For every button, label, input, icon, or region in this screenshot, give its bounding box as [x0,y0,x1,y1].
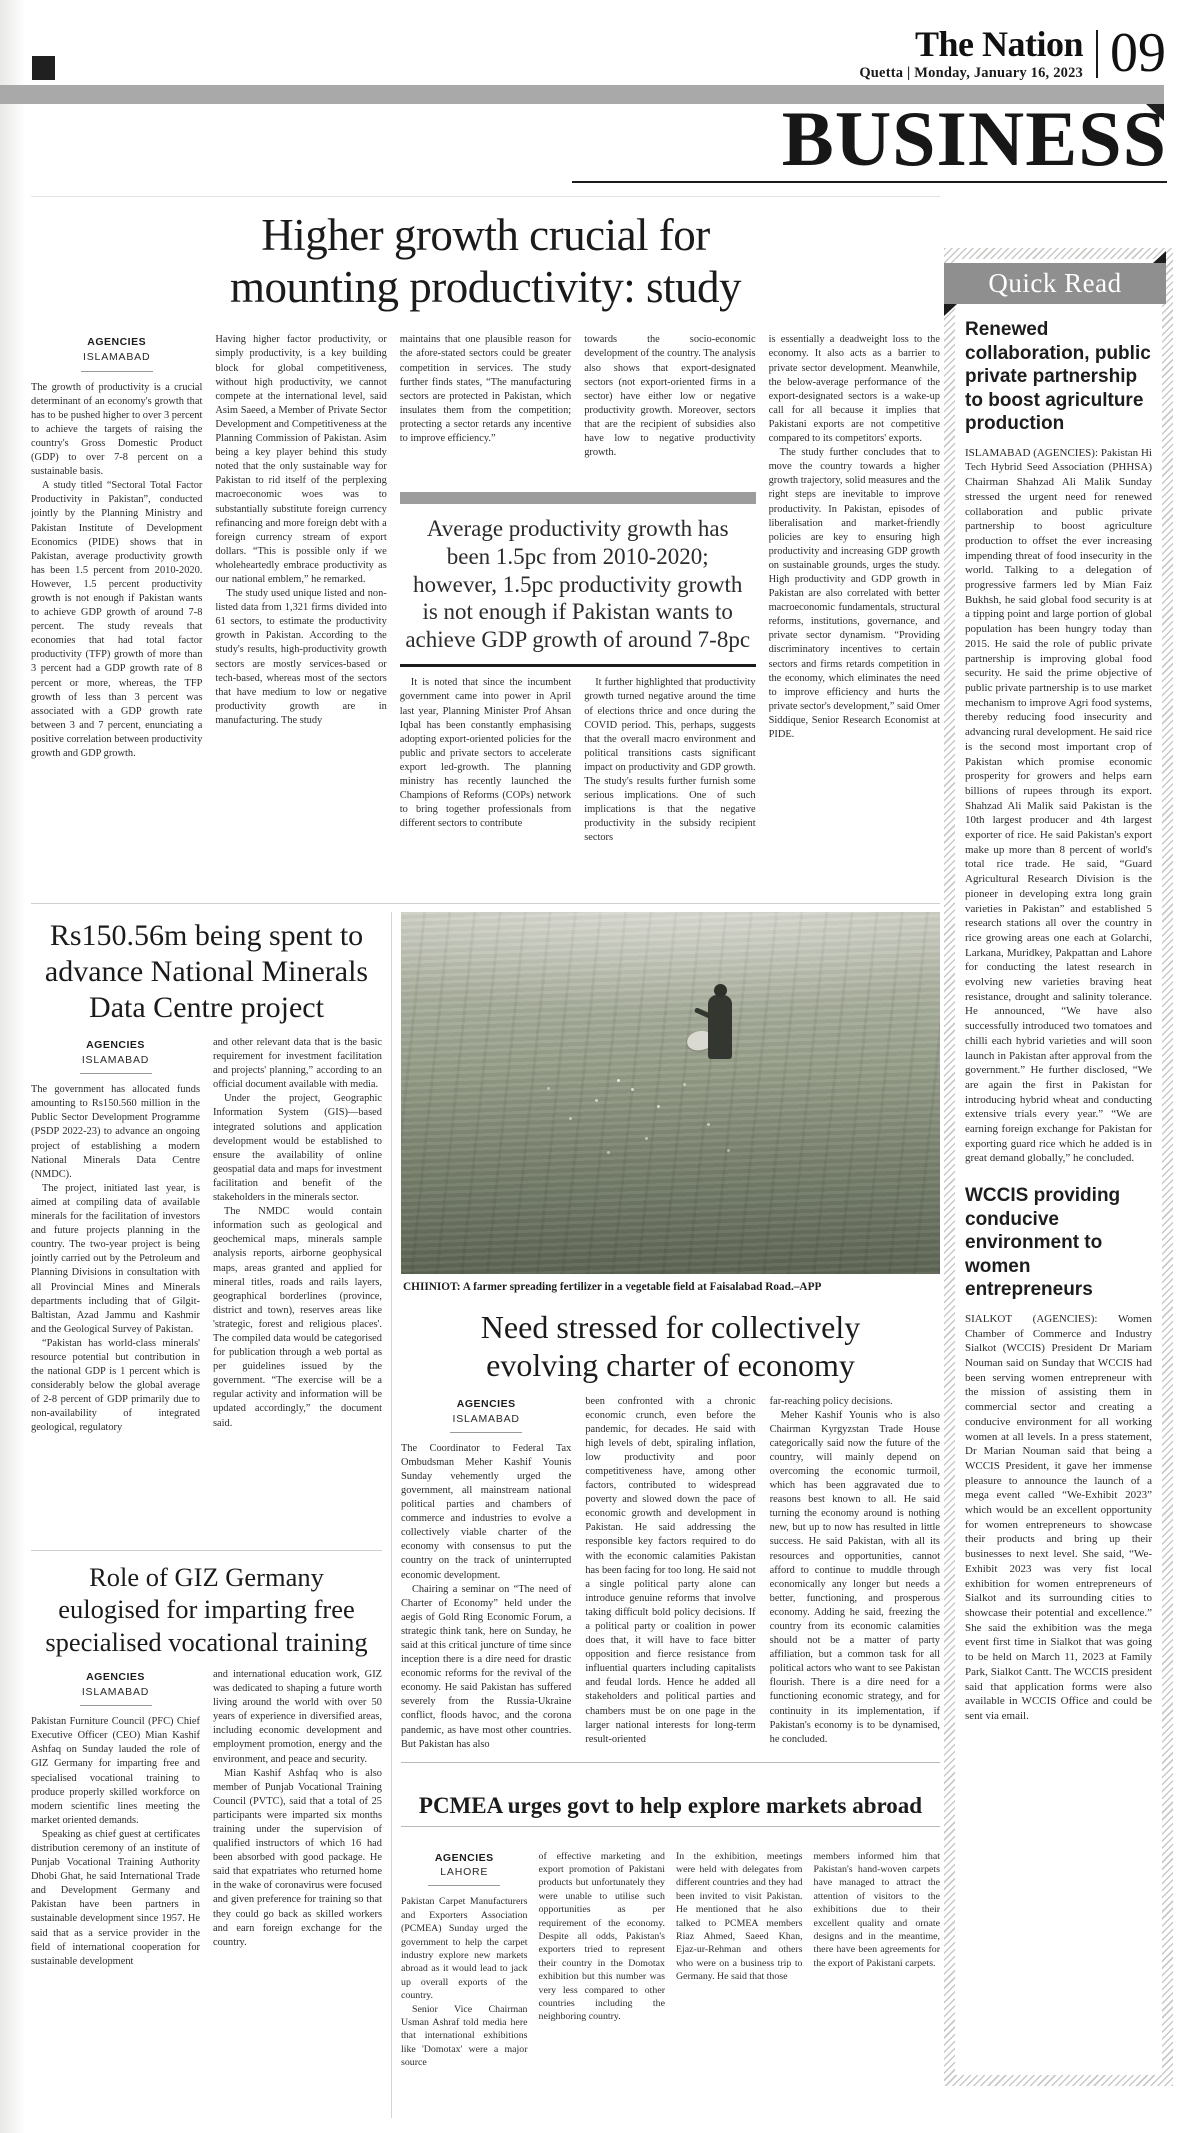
giz-headline: Role of GIZ Germany eulogised for impart… [31,1561,382,1658]
headline-line-2: eulogised for imparting free [58,1594,355,1624]
pull-quote-bar [400,492,756,504]
paragraph: is essentially a deadweight loss to the … [769,333,940,446]
byline: AGENCIES ISLAMABAD [401,1397,571,1433]
giz-article: Role of GIZ Germany eulogised for impart… [31,1561,382,2118]
paragraph: It further highlighted that productivity… [584,676,755,845]
paragraph: Pakistan Carpet Manufacturers and Export… [401,1895,528,2002]
sidebar-inner: Quick Read Renewed collaboration, public… [955,259,1162,2075]
paragraph: Meher Kashif Younis who is also Chairman… [770,1409,940,1747]
byline-rule [81,371,153,372]
headline-line-1: Need stressed for collectively [481,1309,860,1345]
pcmea-article: PCMEA urges govt to help explore markets… [401,1762,940,2112]
charter-col-1: AGENCIES ISLAMABAD The Coordinator to Fe… [401,1395,571,1750]
charter-body: AGENCIES ISLAMABAD The Coordinator to Fe… [401,1395,940,1750]
minerals-headline: Rs150.56m being spent to advance Nationa… [31,918,382,1026]
paragraph: Pakistan Furniture Council (PFC) Chief E… [31,1715,200,1828]
main-col-3-top: maintains that one plausible reason for … [400,333,571,485]
field-photo [401,912,940,1274]
byline-city: ISLAMABAD [31,1685,200,1699]
byline-agency: AGENCIES [401,1852,528,1865]
paragraph: Under the project, Geographic Informatio… [213,1092,382,1205]
pcmea-col-3: In the exhibition, meetings were held wi… [676,1850,803,2112]
main-col-3-bottom: It is noted that since the incumbent gov… [400,676,571,857]
sidebar-story2-headline: WCCIS providing conducive environment to… [965,1184,1152,1302]
pull-quote-text: Average productivity growth has been 1.5… [400,515,756,667]
paragraph: The government has allocated funds amoun… [31,1083,200,1182]
paragraph: maintains that one plausible reason for … [400,333,571,446]
edition-date: Quetta | Monday, January 16, 2023 [859,65,1083,82]
mid-row-bottom: It is noted that since the incumbent gov… [400,676,756,857]
byline: AGENCIES ISLAMABAD [31,1670,200,1706]
minerals-col-1: AGENCIES ISLAMABAD The government has al… [31,1036,200,1536]
main-article: Higher growth crucial for mounting produ… [31,196,940,857]
headline-line-1: Higher growth crucial for [261,210,710,260]
paragraph: “Pakistan has world-class minerals' reso… [31,1337,200,1436]
paragraph: A study titled “Sectoral Total Factor Pr… [31,479,202,761]
headline-line-2: advance National Minerals [45,955,368,988]
paragraph: The study further concludes that to move… [769,446,940,742]
paragraph: Chairing a seminar on “The need of Chart… [401,1583,571,1750]
paragraph: members informed him that Pakistan's han… [814,1850,941,1971]
paragraph: been confronted with a chronic economic … [585,1395,755,1747]
sidebar-hatched-border: Quick Read Renewed collaboration, public… [944,248,1173,2086]
byline: AGENCIES LAHORE [401,1852,528,1887]
paragraph: It is noted that since the incumbent gov… [400,676,571,831]
giz-col-2: and international education work, GIZ wa… [213,1668,382,2118]
paragraph: far-reaching policy decisions. [770,1395,940,1409]
headline-line-3: Data Centre project [89,991,324,1024]
byline-rule [428,1885,500,1886]
giz-col-1: AGENCIES ISLAMABAD Pakistan Furniture Co… [31,1668,200,2118]
pcmea-body: AGENCIES LAHORE Pakistan Carpet Manufact… [401,1850,940,2112]
page-number: 09 [1098,27,1166,80]
fertilizer-speckles [617,1079,620,1082]
lower-right-column: CHIINIOT: A farmer spreading fertilizer … [392,912,940,2118]
farmer-figure [708,995,732,1059]
byline-city: ISLAMABAD [401,1412,571,1426]
page-edge-shadow [0,0,26,2133]
pcmea-col-4: members informed him that Pakistan's han… [814,1850,941,2112]
main-col-4-top: towards the socio-economic development o… [584,333,755,485]
masthead-logo-square [32,56,55,80]
byline-agency: AGENCIES [31,335,202,349]
minerals-article: Rs150.56m being spent to advance Nationa… [31,918,382,1536]
giz-body: AGENCIES ISLAMABAD Pakistan Furniture Co… [31,1668,382,2118]
byline-rule [450,1432,522,1433]
charter-headline: Need stressed for collectively evolving … [401,1309,940,1385]
main-article-body: AGENCIES ISLAMABAD The growth of product… [31,333,940,857]
minerals-col-2: and other relevant data that is the basi… [213,1036,382,1536]
charter-col-3: far-reaching policy decisions. Meher Kas… [770,1395,940,1750]
pcmea-col-2: of effective marketing and export promot… [539,1850,666,2112]
headline-line-3: specialised vocational training [45,1627,367,1657]
charter-article: Need stressed for collectively evolving … [401,1309,940,1750]
headline-line-2: evolving charter of economy [486,1347,855,1383]
byline-city: LAHORE [401,1866,528,1879]
minerals-body: AGENCIES ISLAMABAD The government has al… [31,1036,382,1536]
main-col-middle: maintains that one plausible reason for … [400,333,756,857]
headline-line-1: Role of GIZ Germany [89,1562,324,1592]
paragraph: and international education work, GIZ wa… [213,1668,382,1767]
paragraph: The growth of productivity is a crucial … [31,381,202,480]
masthead-text: The Nation Quetta | Monday, January 16, … [859,26,1096,82]
byline-rule [80,1073,152,1074]
paragraph: The study used unique listed and non-lis… [215,587,386,728]
byline-city: ISLAMABAD [31,1053,200,1067]
headline-line-1: Rs150.56m being spent to [50,919,363,952]
charter-col-2: been confronted with a chronic economic … [585,1395,755,1750]
section-title: BUSINESS [572,98,1167,183]
main-col-5: is essentially a deadweight loss to the … [769,333,940,857]
headline-line-2: mounting productivity: study [230,262,741,312]
quick-read-sidebar: Quick Read Renewed collaboration, public… [944,248,1173,2086]
main-col-1: AGENCIES ISLAMABAD The growth of product… [31,333,202,857]
main-article-headline: Higher growth crucial for mounting produ… [31,209,940,313]
paragraph: of effective marketing and export promot… [539,1850,666,2024]
paragraph: towards the socio-economic development o… [584,333,755,460]
paragraph: and other relevant data that is the basi… [213,1036,382,1092]
byline-agency: AGENCIES [31,1038,200,1052]
sidebar-story1-headline: Renewed collaboration, public private pa… [965,318,1152,436]
byline: AGENCIES ISLAMABAD [31,335,202,371]
masthead: The Nation Quetta | Monday, January 16, … [859,26,1166,82]
lower-region: Rs150.56m being spent to advance Nationa… [31,903,940,2118]
main-col-2: Having higher factor productivity, or si… [215,333,386,857]
photo-caption: CHIINIOT: A farmer spreading fertilizer … [403,1281,938,1293]
paragraph: The Coordinator to Federal Tax Ombudsman… [401,1442,571,1583]
pcmea-headline: PCMEA urges govt to help explore markets… [401,1786,940,1827]
byline-agency: AGENCIES [31,1670,200,1684]
section-divider-rule [31,1550,382,1551]
sidebar-story1-body: ISLAMABAD (AGENCIES): Pakistan Hi Tech H… [965,446,1152,1166]
main-col-4-bottom: It further highlighted that productivity… [584,676,755,857]
paragraph: The NMDC would contain information such … [213,1205,382,1431]
byline-agency: AGENCIES [401,1397,571,1411]
paragraph: Speaking as chief guest at certificates … [31,1828,200,1969]
mid-row-top: maintains that one plausible reason for … [400,333,756,485]
paragraph: In the exhibition, meetings were held wi… [676,1850,803,1984]
pcmea-col-1: AGENCIES LAHORE Pakistan Carpet Manufact… [401,1850,528,2112]
byline-city: ISLAMABAD [31,350,202,364]
byline-rule [80,1705,152,1706]
lower-left-column: Rs150.56m being spent to advance Nationa… [31,912,392,2118]
newspaper-title: The Nation [859,26,1083,62]
paragraph: Mian Kashif Ashfaq who is also member of… [213,1767,382,1950]
paragraph: The project, initiated last year, is aim… [31,1182,200,1337]
quick-read-header: Quick Read [944,263,1166,304]
pull-quote: Average productivity growth has been 1.5… [400,492,756,667]
paragraph: Having higher factor productivity, or si… [215,333,386,587]
sidebar-story2-body: SIALKOT (AGENCIES): Women Chamber of Com… [965,1312,1152,1724]
byline: AGENCIES ISLAMABAD [31,1038,200,1074]
paragraph: Senior Vice Chairman Usman Ashraf told m… [401,2003,528,2070]
